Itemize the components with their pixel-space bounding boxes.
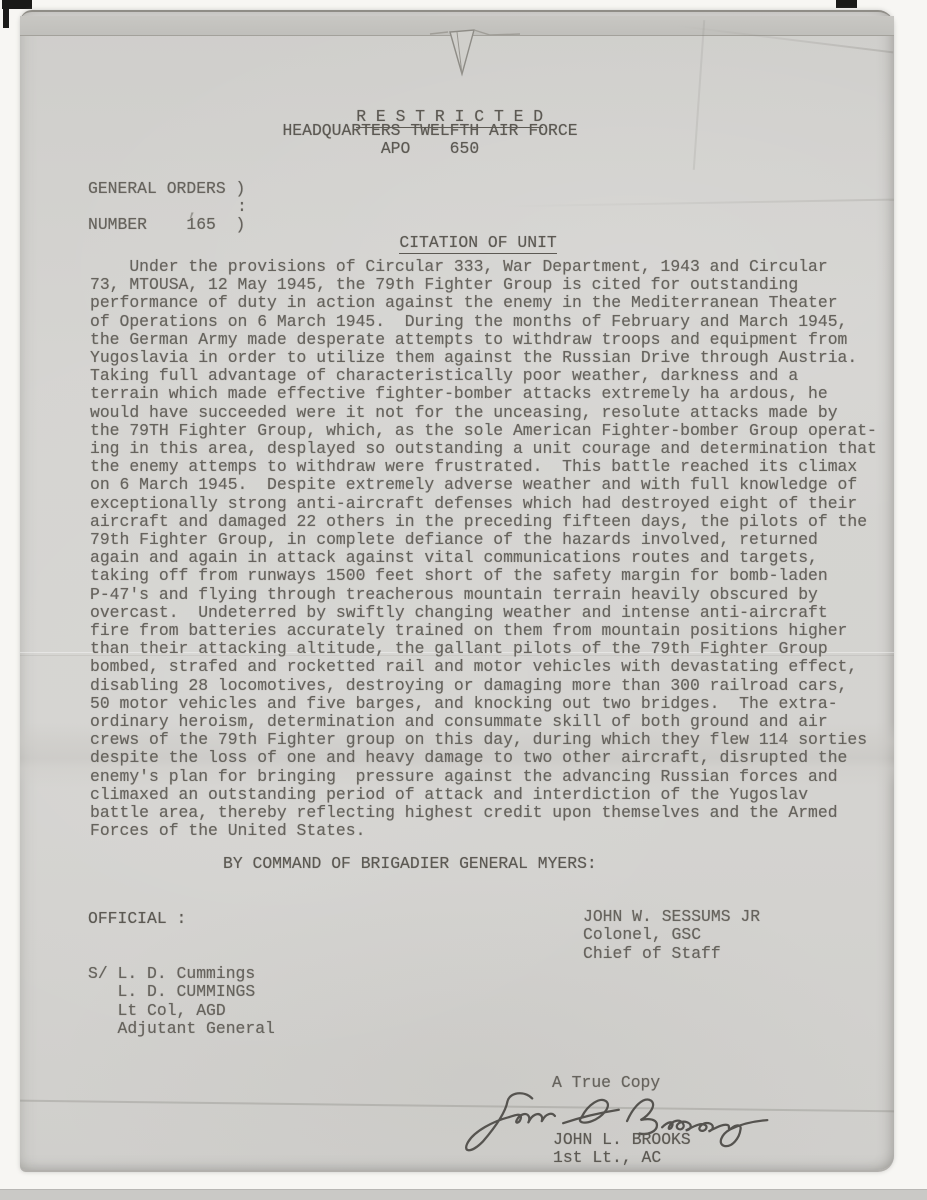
scan-artifact-left-sliver [3, 0, 9, 28]
general-orders-line: GENERAL ORDERS ) [88, 180, 245, 198]
chief-of-staff-block: JOHN W. SESSUMS JR Colonel, GSC Chief of… [583, 908, 760, 963]
torn-notch [430, 26, 520, 96]
scanner-edge-strip [0, 1189, 927, 1200]
paper-crease [501, 199, 894, 208]
adjutant-general-block: S/ L. D. Cummings L. D. CUMMINGS Lt Col,… [88, 965, 275, 1039]
headquarters-line: HEADQUARTERS TWELFTH AIR FORCE [20, 122, 840, 140]
command-line: BY COMMAND OF BRIGADIER GENERAL MYERS: [223, 855, 597, 873]
certifier-typed-name: JOHN L. BROOKS [553, 1131, 691, 1149]
subject-title-text: CITATION OF UNIT [399, 233, 556, 254]
official-label: OFFICIAL : [88, 910, 186, 928]
scan-artifact-top-right [836, 0, 857, 8]
document-paper: R E S T R I C T E D HEADQUARTERS TWELFTH… [20, 10, 894, 1172]
scanned-document-page: { "document": { "classification": "R E S… [0, 0, 927, 1200]
citation-body-text: Under the provisions of Circular 333, Wa… [90, 258, 877, 841]
orders-colon: : [237, 198, 247, 216]
order-number-line: NUMBER 165 ) [88, 216, 245, 234]
apo-line: APO 650 [20, 140, 840, 158]
certifier-rank: 1st Lt., AC [553, 1149, 661, 1167]
